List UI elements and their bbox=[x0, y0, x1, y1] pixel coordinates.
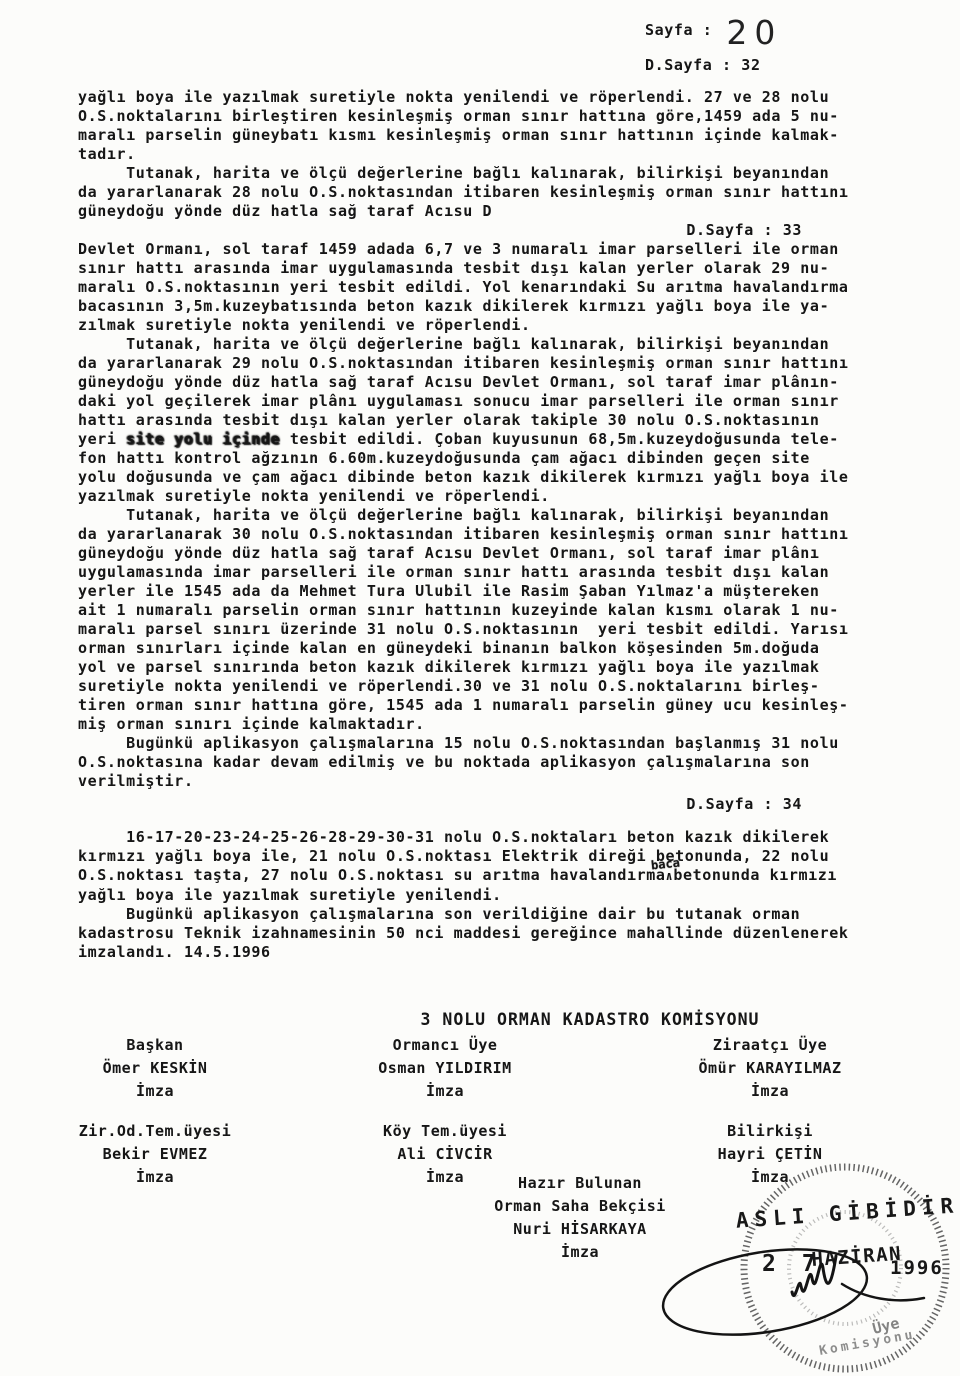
signer-name: Ömer KESKİN bbox=[30, 1057, 280, 1080]
committee-title: 3 NOLU ORMAN KADASTRO KOMİSYONU bbox=[330, 1010, 850, 1029]
text-line: güneydoğu yönde düz hatla sağ taraf Acıs… bbox=[78, 202, 894, 221]
signature-tail-icon bbox=[842, 1284, 924, 1300]
dossier-page-ref: D.Sayfa : 32 bbox=[645, 56, 782, 75]
role-label: Zir.Od.Tem.üyesi bbox=[30, 1120, 280, 1143]
handwritten-note: baca bbox=[651, 854, 682, 876]
text-line: zılmak suretiyle nokta yenilendi ve röpe… bbox=[78, 316, 894, 335]
imza-label: İmza bbox=[30, 1166, 280, 1189]
certification-stamp: ASLI GİBİDİR 2 7 HAZİRAN 1996 Üye Komisy… bbox=[650, 1156, 960, 1376]
paragraph-7-part-b: yağlı boya ile yazılmak suretiyle yenile… bbox=[78, 886, 894, 905]
role-label: Köy Tem.üyesi bbox=[280, 1120, 610, 1143]
text-line: uygulamasında imar parselleri ile orman … bbox=[78, 563, 894, 582]
text-line: Tutanak, harita ve ölçü değerlerine bağl… bbox=[78, 335, 894, 354]
text-line: miş orman sınırı içinde kalmaktadır. bbox=[78, 715, 894, 734]
stamp-graphic: ASLI GİBİDİR 2 7 HAZİRAN 1996 Üye Komisy… bbox=[650, 1156, 960, 1376]
text-line: Tutanak, harita ve ölçü değerlerine bağl… bbox=[78, 506, 894, 525]
smudge-pre-text: yeri bbox=[78, 430, 126, 448]
text-line: güneydoğu yönde düz hatla sağ taraf Acıs… bbox=[78, 373, 894, 392]
signer-name: Osman YILDIRIM bbox=[280, 1057, 610, 1080]
paragraph-4: Tutanak, harita ve ölçü değerlerine bağl… bbox=[78, 335, 894, 506]
text-line: güneydoğu yönde düz hatla sağ taraf Acıs… bbox=[78, 544, 894, 563]
role-label: Başkan bbox=[30, 1034, 280, 1057]
page-number-label: Sayfa : bbox=[645, 18, 712, 42]
paragraph-4-part-a: Tutanak, harita ve ölçü değerlerine bağl… bbox=[78, 335, 894, 430]
pageref-dsayfa-33: D.Sayfa : 33 bbox=[78, 221, 894, 240]
overinked-text: site yolu içinde bbox=[126, 430, 280, 448]
paragraph-3: Devlet Ormanı, sol taraf 1459 adada 6,7 … bbox=[78, 240, 894, 335]
text-line: hattı arasında tesbit dışı kalan yerler … bbox=[78, 411, 894, 430]
text-line: da yararlanarak 28 nolu O.S.noktasından … bbox=[78, 183, 894, 202]
paragraph-8: Bugünkü aplikasyon çalışmalarına son ver… bbox=[78, 905, 894, 962]
imza-label: İmza bbox=[610, 1080, 930, 1103]
paragraph-2: Tutanak, harita ve ölçü değerlerine bağl… bbox=[78, 164, 894, 221]
stamp-date-year: 1996 bbox=[890, 1257, 944, 1279]
text-line: yolu doğusunda ve çam ağacı dibinde beto… bbox=[78, 468, 894, 487]
role-label: Ormancı Üye bbox=[280, 1034, 610, 1057]
signer-name: Ali CİVCİR bbox=[280, 1143, 610, 1166]
text-line: sınır hattı arasında imar uygulamasında … bbox=[78, 259, 894, 278]
paragraph-7: 16-17-20-23-24-25-26-28-29-30-31 nolu O.… bbox=[78, 828, 894, 905]
scanned-document-page: Sayfa : 20 D.Sayfa : 32 yağlı boya ile y… bbox=[0, 0, 960, 1376]
text-line: verilmiştir. bbox=[78, 772, 894, 791]
text-line: maralı parselin güneybatı kısmı kesinleş… bbox=[78, 126, 894, 145]
insert-pre-text: O.S.noktası taşta, 27 nolu O.S.noktası s… bbox=[78, 866, 665, 884]
handwritten-insertion: baca∧ bbox=[665, 866, 673, 886]
text-line: yerler ile 1545 ada da Mehmet Tura Ulubi… bbox=[78, 582, 894, 601]
text-line: Bugünkü aplikasyon çalışmalarına son ver… bbox=[78, 905, 894, 924]
paragraph-1: yağlı boya ile yazılmak suretiyle nokta … bbox=[78, 88, 894, 164]
smudged-text-line: yeri site yolu içinde tesbit edildi. Çob… bbox=[78, 430, 894, 449]
text-line: O.S.noktalarını birleştiren kesinleşmiş … bbox=[78, 107, 894, 126]
text-line: da yararlanarak 29 nolu O.S.noktasından … bbox=[78, 354, 894, 373]
text-line: yağlı boya ile yazılmak suretiyle nokta … bbox=[78, 88, 894, 107]
signature-cell-zir-od-tem-uyesi: Zir.Od.Tem.üyesi Bekir EVMEZ İmza bbox=[30, 1120, 280, 1189]
paragraph-7-part-a: 16-17-20-23-24-25-26-28-29-30-31 nolu O.… bbox=[78, 828, 894, 866]
text-line: suretiyle nokta yenilendi ve röperlendi.… bbox=[78, 677, 894, 696]
text-line: da yararlanarak 30 nolu O.S.noktasından … bbox=[78, 525, 894, 544]
imza-label: İmza bbox=[280, 1080, 610, 1103]
signature-cell-ziraatci-uye: Ziraatçı Üye Ömür KARAYILMAZ İmza bbox=[610, 1034, 930, 1103]
text-line: tadır. bbox=[78, 145, 894, 164]
text-line: imzalandı. 14.5.1996 bbox=[78, 943, 894, 962]
text-line: orman sınırları içinde kalan en güneydek… bbox=[78, 639, 894, 658]
text-line: fon hattı kontrol ağzının 6.60m.kuzeydoğ… bbox=[78, 449, 894, 468]
role-label: Bilirkişi bbox=[610, 1120, 930, 1143]
insert-post-text: betonunda kırmızı bbox=[673, 866, 837, 884]
text-line: 16-17-20-23-24-25-26-28-29-30-31 nolu O.… bbox=[78, 828, 894, 847]
text-line: Bugünkü aplikasyon çalışmalarına 15 nolu… bbox=[78, 734, 894, 753]
text-line: Tutanak, harita ve ölçü değerlerine bağl… bbox=[78, 164, 894, 183]
page-number-handwritten: 20 bbox=[726, 18, 782, 48]
text-line: daki yol geçilerek imar plânı uygulaması… bbox=[78, 392, 894, 411]
imza-label: İmza bbox=[30, 1080, 280, 1103]
paragraph-5: Tutanak, harita ve ölçü değerlerine bağl… bbox=[78, 506, 894, 734]
signer-name: Ömür KARAYILMAZ bbox=[610, 1057, 930, 1080]
text-line: O.S.noktasına kadar devam edilmiş ve bu … bbox=[78, 753, 894, 772]
text-line: yol ve parsel sınırında beton kazık diki… bbox=[78, 658, 894, 677]
text-line: kadastrosu Teknik izahnamesinin 50 nci m… bbox=[78, 924, 894, 943]
text-line: ait 1 numaralı parselin orman sınır hatt… bbox=[78, 601, 894, 620]
paragraph-4-part-b: fon hattı kontrol ağzının 6.60m.kuzeydoğ… bbox=[78, 449, 894, 506]
text-line: yazılmak suretiyle nokta yenilendi ve rö… bbox=[78, 487, 894, 506]
page-number-row: Sayfa : 20 bbox=[645, 18, 782, 48]
signature-cell-baskan: Başkan Ömer KESKİN İmza bbox=[30, 1034, 280, 1103]
text-line: kırmızı yağlı boya ile, 21 nolu O.S.nokt… bbox=[78, 847, 894, 866]
role-label: Ziraatçı Üye bbox=[610, 1034, 930, 1057]
signer-name: Bekir EVMEZ bbox=[30, 1143, 280, 1166]
text-line: maralı parsel sınırı üzerinde 31 nolu O.… bbox=[78, 620, 894, 639]
pageref-dsayfa-34: D.Sayfa : 34 bbox=[78, 795, 894, 814]
text-line: bacasının 3,5m.kuzeybatısında beton kazı… bbox=[78, 297, 894, 316]
paragraph-6: Bugünkü aplikasyon çalışmalarına 15 nolu… bbox=[78, 734, 894, 791]
text-line: Devlet Ormanı, sol taraf 1459 adada 6,7 … bbox=[78, 240, 894, 259]
line-with-handwritten-insert: O.S.noktası taşta, 27 nolu O.S.noktası s… bbox=[78, 866, 894, 886]
document-body: yağlı boya ile yazılmak suretiyle nokta … bbox=[78, 88, 894, 962]
text-line: yağlı boya ile yazılmak suretiyle yenile… bbox=[78, 886, 894, 905]
signature-row-1: Başkan Ömer KESKİN İmza Ormancı Üye Osma… bbox=[30, 1034, 930, 1103]
page-header: Sayfa : 20 D.Sayfa : 32 bbox=[645, 18, 782, 75]
stamp-date-month: HAZİRAN bbox=[811, 1241, 903, 1271]
text-line: tiren orman sınır hattına göre, 1545 ada… bbox=[78, 696, 894, 715]
text-line: maralı O.S.noktasının yeri tesbit edildi… bbox=[78, 278, 894, 297]
smudge-post-text: tesbit edildi. Çoban kuyusunun 68,5m.kuz… bbox=[280, 430, 839, 448]
signature-cell-ormanci-uye: Ormancı Üye Osman YILDIRIM İmza bbox=[280, 1034, 610, 1103]
